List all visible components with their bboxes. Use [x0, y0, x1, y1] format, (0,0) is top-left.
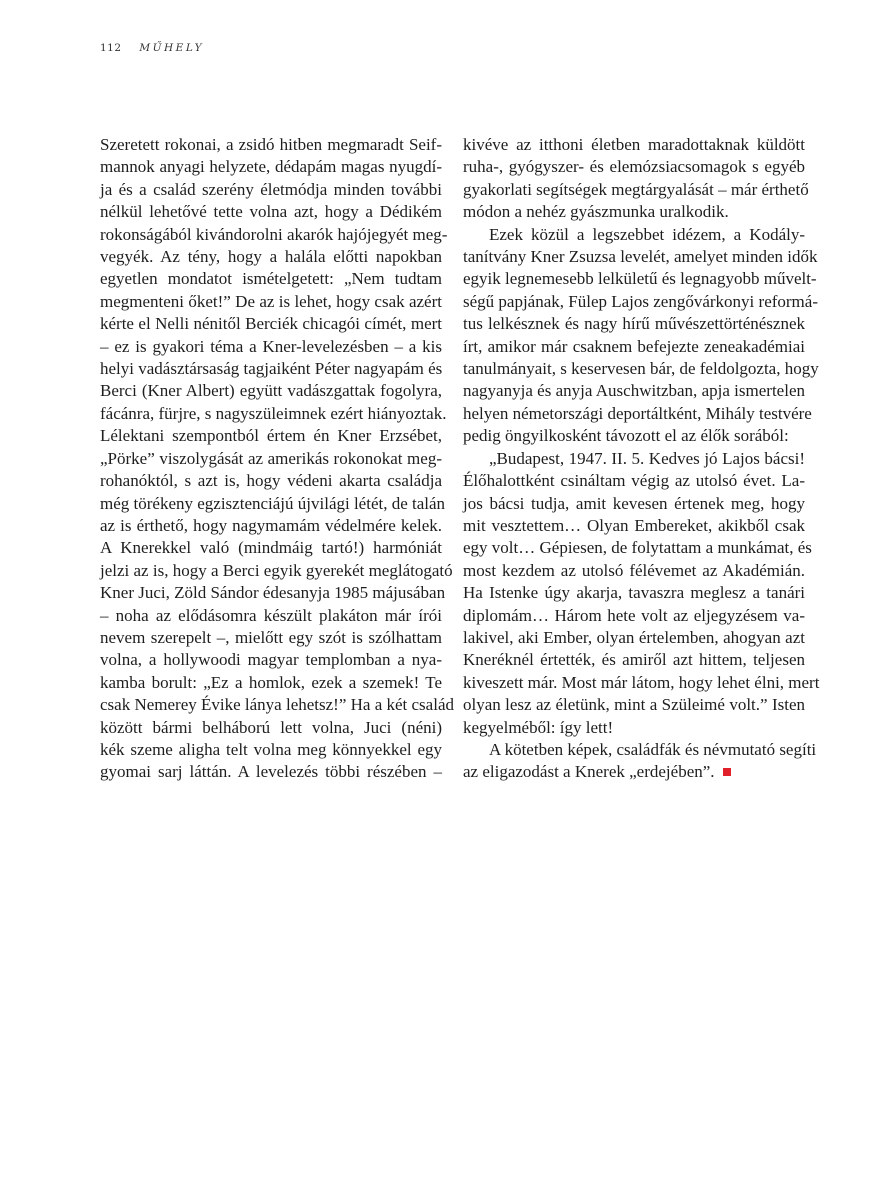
- text-line: most kezdem az utolsó félévemet az Akadé…: [463, 560, 805, 582]
- line-text: ruha-, gyógyszer- és elemózsiacsomagok s…: [463, 157, 805, 176]
- text-line: az eligazodást a Knerek „erdejében”.: [463, 761, 805, 783]
- line-text: A kötetben képek, családfák és névmutató…: [489, 740, 816, 759]
- text-line: helyi vadásztársaság tagjaiként Péter na…: [100, 358, 442, 380]
- text-line: volna, a hollywoodi magyar templomban a …: [100, 649, 442, 671]
- text-line: gyomai sarj láttán. A levelezés többi ré…: [100, 761, 442, 783]
- text-line: írt, amikor már csaknem befejezte zeneak…: [463, 336, 805, 358]
- text-line: rohanóktól, s azt is, hogy védeni akarta…: [100, 470, 442, 492]
- text-line: kérte el Nelli nénitől Berciék chicagói …: [100, 313, 442, 335]
- line-text: ségű papjának, Fülep Lajos zengővárkonyi…: [463, 292, 818, 311]
- text-line: pedig öngyilkosként távozott el az élők …: [463, 425, 805, 447]
- line-text: az eligazodást a Knerek „erdejében”.: [463, 762, 715, 781]
- text-line: nevem szerepelt –, mielőtt egy szót is s…: [100, 627, 442, 649]
- text-line: Kneréknél értették, és amiről azt hittem…: [463, 649, 805, 671]
- running-head: 112 MŰHELY: [100, 42, 204, 54]
- text-line: módon a nehéz gyászmunka uralkodik.: [463, 201, 805, 223]
- line-text: „Budapest, 1947. II. 5. Kedves jó Lajos …: [489, 449, 805, 468]
- line-text: egyik legnemesebb lelkületű és legnagyob…: [463, 269, 817, 288]
- text-line: Szeretett rokonai, a zsidó hitben megmar…: [100, 134, 442, 156]
- line-text: írt, amikor már csaknem befejezte zeneak…: [463, 337, 805, 356]
- line-text: tanítvány Kner Zsuzsa levelét, amelyet m…: [463, 247, 818, 266]
- line-text: most kezdem az utolsó félévemet az Akadé…: [463, 561, 805, 580]
- text-line: tus lelkésznek és nagy hírű művészettört…: [463, 313, 805, 335]
- line-text: egy volt… Gépiesen, de folytattam a munk…: [463, 538, 812, 557]
- text-line: Ezek közül a legszebbet idézem, a Kodály…: [463, 224, 805, 246]
- text-line: „Pörke” viszolygását az amerikás rokonok…: [100, 448, 442, 470]
- text-line: tanítvány Kner Zsuzsa levelét, amelyet m…: [463, 246, 805, 268]
- text-line: mit vesztettem… Olyan Embereket, akikből…: [463, 515, 805, 537]
- text-line: kiveszett már. Most már látom, hogy lehe…: [463, 672, 805, 694]
- page-number: 112: [100, 42, 122, 54]
- line-text: Ha Istenke úgy akarja, tavaszra meglesz …: [463, 583, 805, 602]
- line-text: kivéve az itthoni életben maradottaknak …: [463, 135, 805, 154]
- section-title: MŰHELY: [139, 42, 204, 54]
- text-line: lakivel, aki Ember, olyan értelemben, ah…: [463, 627, 805, 649]
- text-line: az is érthető, hogy nagymamám védelmére …: [100, 515, 442, 537]
- line-text: tanulmányait, s keservesen bár, de feldo…: [463, 359, 819, 378]
- text-line: kék szeme aligha telt volna meg könnyekk…: [100, 739, 442, 761]
- text-line: „Budapest, 1947. II. 5. Kedves jó Lajos …: [463, 448, 805, 470]
- text-line: egy volt… Gépiesen, de folytattam a munk…: [463, 537, 805, 559]
- text-line: olyan lesz az életünk, mint a Szüleimé v…: [463, 694, 805, 716]
- line-text: módon a nehéz gyászmunka uralkodik.: [463, 202, 729, 221]
- text-line: A kötetben képek, családfák és névmutató…: [463, 739, 805, 761]
- text-line: kamba borult: „Ez a homlok, ezek a szeme…: [100, 672, 442, 694]
- text-line: helyen németországi deportáltként, Mihál…: [463, 403, 805, 425]
- line-text: lakivel, aki Ember, olyan értelemben, ah…: [463, 628, 805, 647]
- line-text: kegyelméből: így lett!: [463, 718, 613, 737]
- line-text: olyan lesz az életünk, mint a Szüleimé v…: [463, 695, 805, 714]
- text-line: csak Nemerey Évike lánya lehetsz!” Ha a …: [100, 694, 442, 716]
- text-line: jos bácsi tudja, amit kevesen értenek me…: [463, 493, 805, 515]
- text-line: között bármi belháború lett volna, Juci …: [100, 717, 442, 739]
- text-line: tanulmányait, s keservesen bár, de feldo…: [463, 358, 805, 380]
- line-text: pedig öngyilkosként távozott el az élők …: [463, 426, 789, 445]
- text-line: megmenteni őket!” De az is lehet, hogy c…: [100, 291, 442, 313]
- text-line: diplomám… Három hete volt az eljegyzésem…: [463, 605, 805, 627]
- line-text: Kneréknél értették, és amiről azt hittem…: [463, 650, 805, 669]
- text-line: jelzi az is, hogy a Berci egyik gyerekét…: [100, 560, 442, 582]
- text-line: rokonságából kivándorolni akarók hajójeg…: [100, 224, 442, 246]
- text-line: fácánra, fürjre, s nagyszüleimnek ezért …: [100, 403, 442, 425]
- text-line: ruha-, gyógyszer- és elemózsiacsomagok s…: [463, 156, 805, 178]
- line-text: diplomám… Három hete volt az eljegyzésem…: [463, 606, 805, 625]
- text-line: A Knerekkel való (mindmáig tartó!) harmó…: [100, 537, 442, 559]
- line-text: jos bácsi tudja, amit kevesen értenek me…: [463, 494, 805, 513]
- text-line: ja és a család szerény életmódja minden …: [100, 179, 442, 201]
- text-line: nagyanyja és anyja Auschwitzban, apja is…: [463, 380, 805, 402]
- left-column: Szeretett rokonai, a zsidó hitben megmar…: [100, 134, 442, 784]
- text-line: egyetlen mondatot ismételgetett: „Nem tu…: [100, 268, 442, 290]
- text-line: mannok anyagi helyzete, dédapám magas ny…: [100, 156, 442, 178]
- right-column: kivéve az itthoni életben maradottaknak …: [463, 134, 805, 784]
- text-line: egyik legnemesebb lelkületű és legnagyob…: [463, 268, 805, 290]
- text-line: Ha Istenke úgy akarja, tavaszra meglesz …: [463, 582, 805, 604]
- line-text: nagyanyja és anyja Auschwitzban, apja is…: [463, 381, 805, 400]
- text-line: Kner Juci, Zöld Sándor édesanyja 1985 má…: [100, 582, 442, 604]
- text-line: – noha az elődásomra készült plakáton má…: [100, 605, 442, 627]
- text-line: ségű papjának, Fülep Lajos zengővárkonyi…: [463, 291, 805, 313]
- text-line: Berci (Kner Albert) együtt vadászgattak …: [100, 380, 442, 402]
- line-text: Élőhalottként csináltam végig az utolsó …: [463, 471, 805, 490]
- line-text: helyen németországi deportáltként, Mihál…: [463, 404, 812, 423]
- text-line: Élőhalottként csináltam végig az utolsó …: [463, 470, 805, 492]
- line-text: tus lelkésznek és nagy hírű művészettört…: [463, 314, 805, 333]
- text-line: – ez is gyakori téma a Kner-levelezésben…: [100, 336, 442, 358]
- text-line: gyakorlati segítségek megtárgyalását – m…: [463, 179, 805, 201]
- text-line: kivéve az itthoni életben maradottaknak …: [463, 134, 805, 156]
- text-line: Lélektani szempontból értem én Kner Erzs…: [100, 425, 442, 447]
- line-text: mit vesztettem… Olyan Embereket, akikből…: [463, 516, 805, 535]
- end-of-article-mark-icon: [723, 768, 731, 776]
- text-line: még törékeny egzisztenciájú újvilági lét…: [100, 493, 442, 515]
- text-line: kegyelméből: így lett!: [463, 717, 805, 739]
- line-text: Ezek közül a legszebbet idézem, a Kodály…: [489, 225, 805, 244]
- text-line: nélkül lehetővé tette volna azt, hogy a …: [100, 201, 442, 223]
- line-text: kiveszett már. Most már látom, hogy lehe…: [463, 673, 819, 692]
- text-line: vegyék. Az tény, hogy a halála előtti na…: [100, 246, 442, 268]
- line-text: gyakorlati segítségek megtárgyalását – m…: [463, 180, 809, 199]
